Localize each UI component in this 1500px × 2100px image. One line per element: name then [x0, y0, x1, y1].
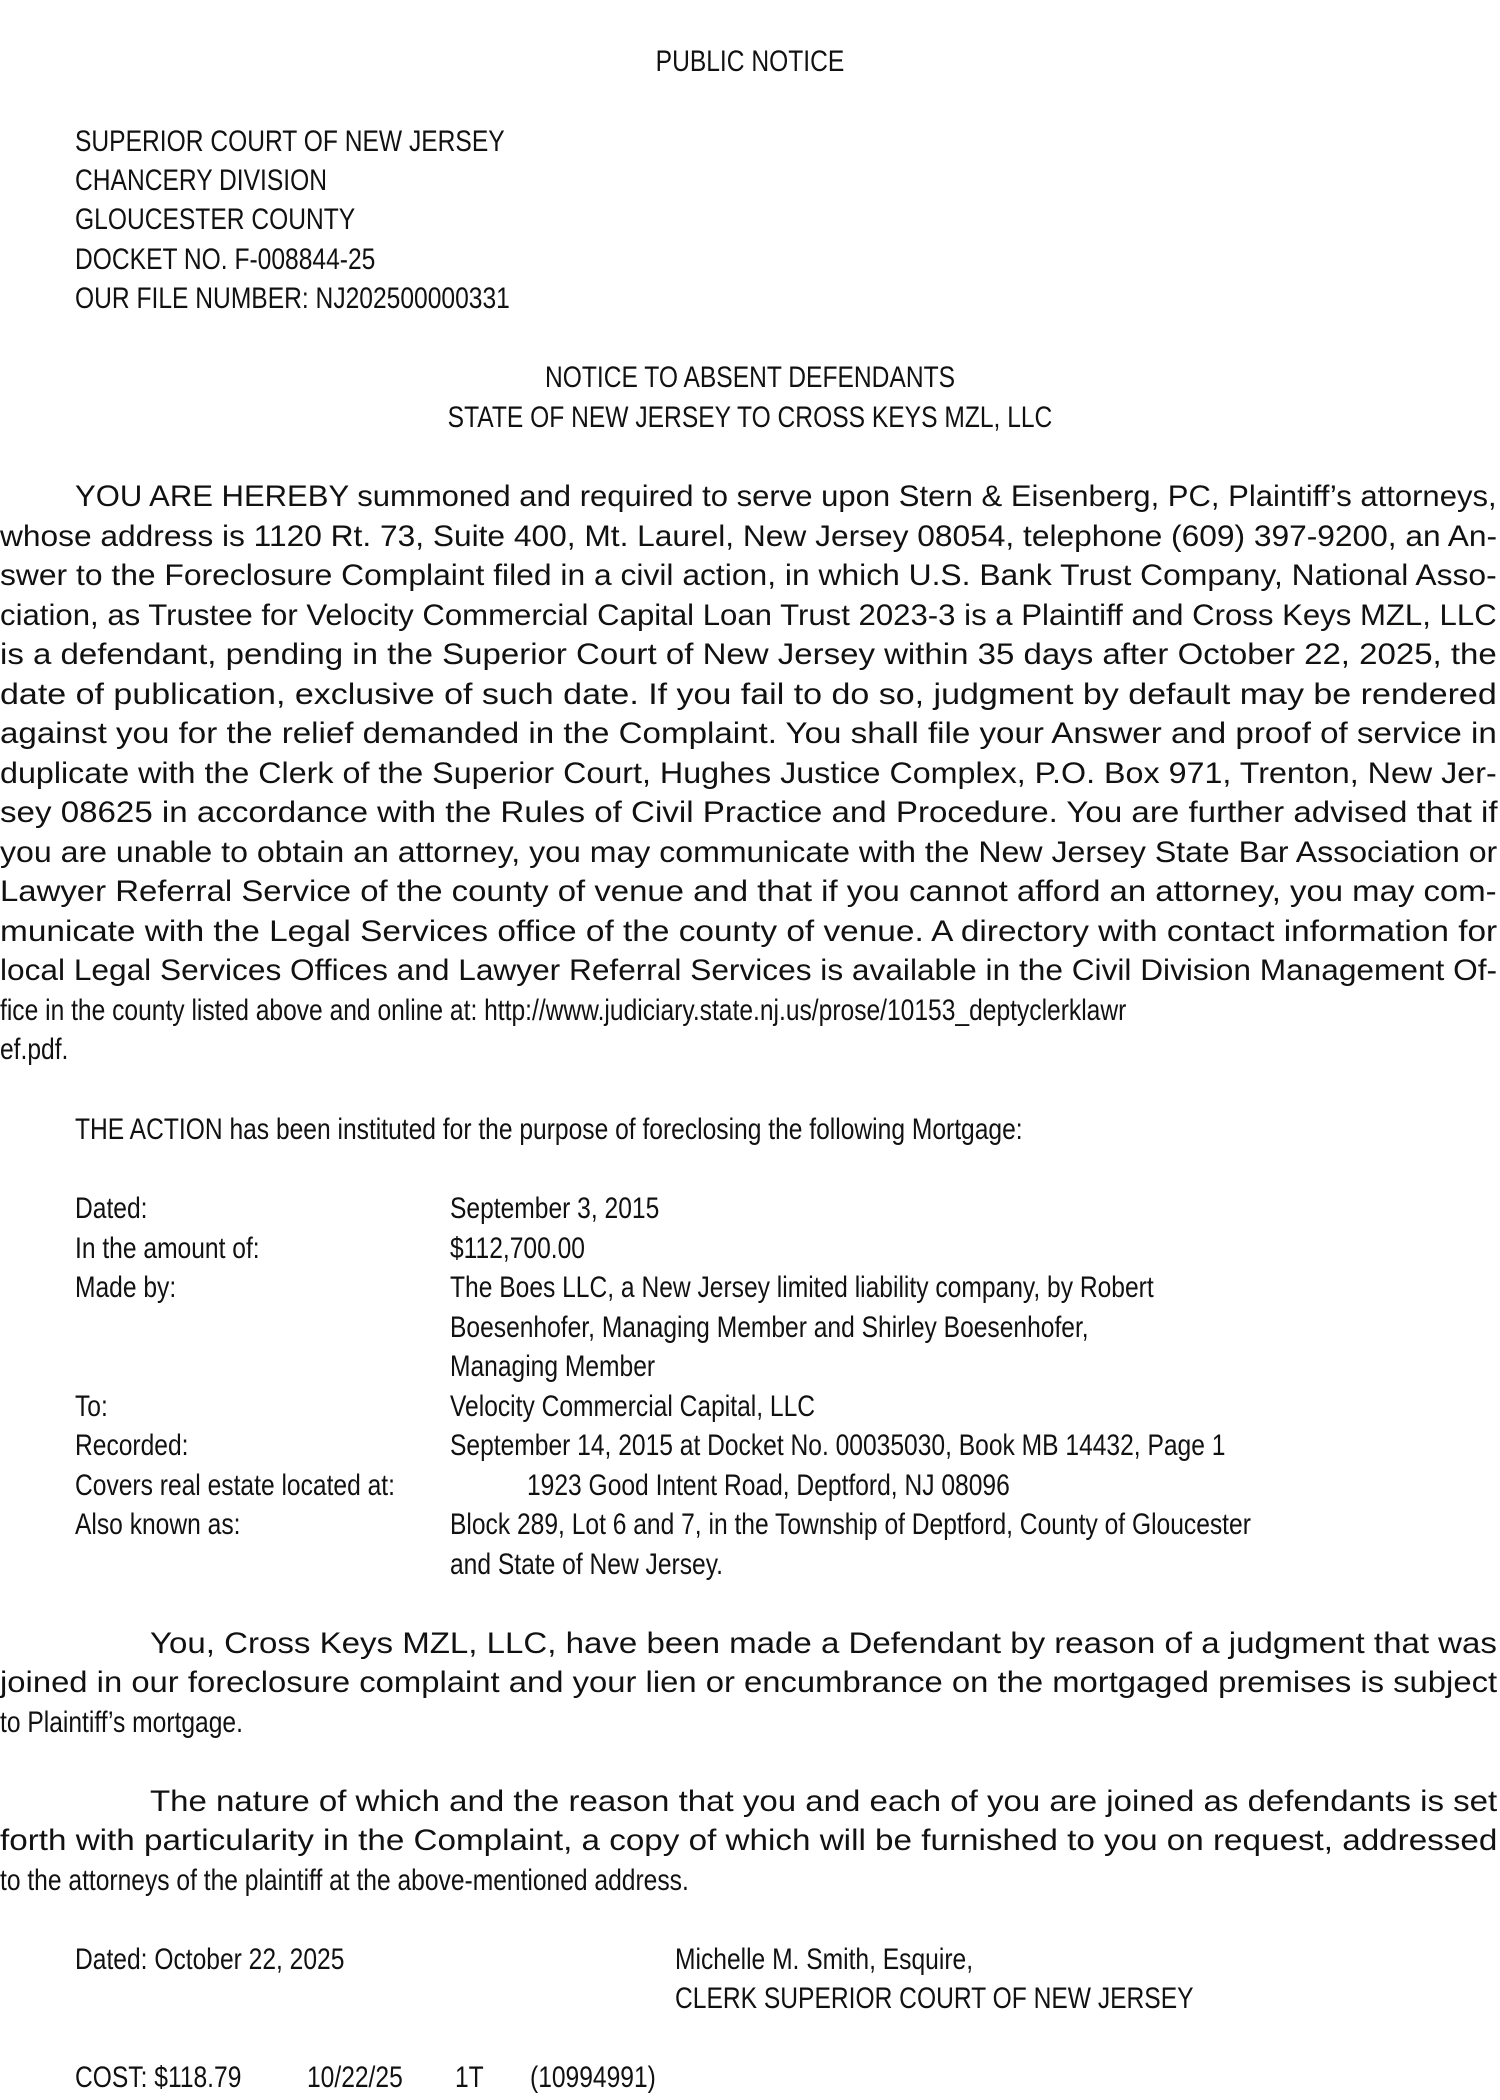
summons-line: YOU ARE HEREBY summoned and required to …: [75, 477, 1497, 517]
cost-amount: COST: $118.79: [75, 2058, 241, 2098]
summons-line: against you for the relief demanded in t…: [0, 714, 1497, 754]
detail-value-amount: $112,700.00: [450, 1229, 585, 1269]
court-county: GLOUCESTER COUNTY: [75, 200, 355, 240]
summons-line: is a defendant, pending in the Superior …: [0, 635, 1497, 675]
summons-line: ciation, as Trustee for Velocity Commerc…: [0, 596, 1497, 636]
page-title: PUBLIC NOTICE: [135, 42, 1365, 82]
detail-value-dated: September 3, 2015: [450, 1189, 659, 1229]
detail-label-to: To:: [75, 1387, 108, 1427]
nature-line: to the attorneys of the plaintiff at the…: [0, 1861, 689, 1901]
court-name: SUPERIOR COURT OF NEW JERSEY: [75, 122, 505, 162]
signer-name: Michelle M. Smith, Esquire,: [675, 1940, 973, 1980]
detail-value-aka: and State of New Jersey.: [450, 1545, 723, 1585]
detail-label-aka: Also known as:: [75, 1505, 240, 1545]
detail-value-made-by: Managing Member: [450, 1347, 655, 1387]
ad-number: (10994991): [530, 2058, 656, 2098]
summons-line: municate with the Legal Services office …: [0, 912, 1497, 952]
summons-line: Lawyer Referral Service of the county of…: [0, 872, 1497, 912]
detail-label-location: Covers real estate located at:: [75, 1466, 395, 1506]
detail-value-location: 1923 Good Intent Road, Deptford, NJ 0809…: [527, 1466, 1010, 1506]
defendant-line: to Plaintiff’s mortgage.: [0, 1703, 243, 1743]
summons-line: you are unable to obtain an attorney, yo…: [0, 833, 1497, 873]
detail-label-dated: Dated:: [75, 1189, 147, 1229]
publication-date: 10/22/25: [307, 2058, 403, 2098]
summons-line: whose address is 1120 Rt. 73, Suite 400,…: [0, 517, 1497, 557]
detail-label-amount: In the amount of:: [75, 1229, 260, 1269]
summons-line: swer to the Foreclosure Complaint filed …: [0, 556, 1497, 596]
detail-value-made-by: Boesenhofer, Managing Member and Shirley…: [450, 1308, 1089, 1348]
signer-title: CLERK SUPERIOR COURT OF NEW JERSEY: [675, 1979, 1194, 2019]
action-intro: THE ACTION has been instituted for the p…: [75, 1110, 1023, 1150]
detail-value-recorded: September 14, 2015 at Docket No. 0003503…: [450, 1426, 1225, 1466]
detail-value-aka: Block 289, Lot 6 and 7, in the Township …: [450, 1505, 1251, 1545]
summons-line: date of publication, exclusive of such d…: [0, 675, 1497, 715]
detail-value-to: Velocity Commercial Capital, LLC: [450, 1387, 815, 1427]
nature-line: forth with particularity in the Complain…: [0, 1821, 1497, 1861]
summons-line: ef.pdf.: [0, 1030, 68, 1070]
summons-line: duplicate with the Clerk of the Superior…: [0, 754, 1497, 794]
summons-line: fice in the county listed above and onli…: [0, 991, 1126, 1031]
defendant-line: joined in our foreclosure complaint and …: [0, 1663, 1497, 1703]
summons-line: local Legal Services Offices and Lawyer …: [0, 951, 1497, 991]
defendant-line: You, Cross Keys MZL, LLC, have been made…: [150, 1624, 1497, 1664]
insertion-count: 1T: [455, 2058, 484, 2098]
detail-value-made-by: The Boes LLC, a New Jersey limited liabi…: [450, 1268, 1154, 1308]
nature-line: The nature of which and the reason that …: [150, 1782, 1497, 1822]
notice-subtitle: STATE OF NEW JERSEY TO CROSS KEYS MZL, L…: [135, 398, 1365, 438]
file-number: OUR FILE NUMBER: NJ202500000331: [75, 279, 510, 319]
summons-line: sey 08625 in accordance with the Rules o…: [0, 793, 1498, 833]
detail-label-recorded: Recorded:: [75, 1426, 189, 1466]
notice-title: NOTICE TO ABSENT DEFENDANTS: [135, 358, 1365, 398]
detail-label-made-by: Made by:: [75, 1268, 176, 1308]
docket-number: DOCKET NO. F-008844-25: [75, 240, 375, 280]
signature-date: Dated: October 22, 2025: [75, 1940, 344, 1980]
court-division: CHANCERY DIVISION: [75, 161, 327, 201]
